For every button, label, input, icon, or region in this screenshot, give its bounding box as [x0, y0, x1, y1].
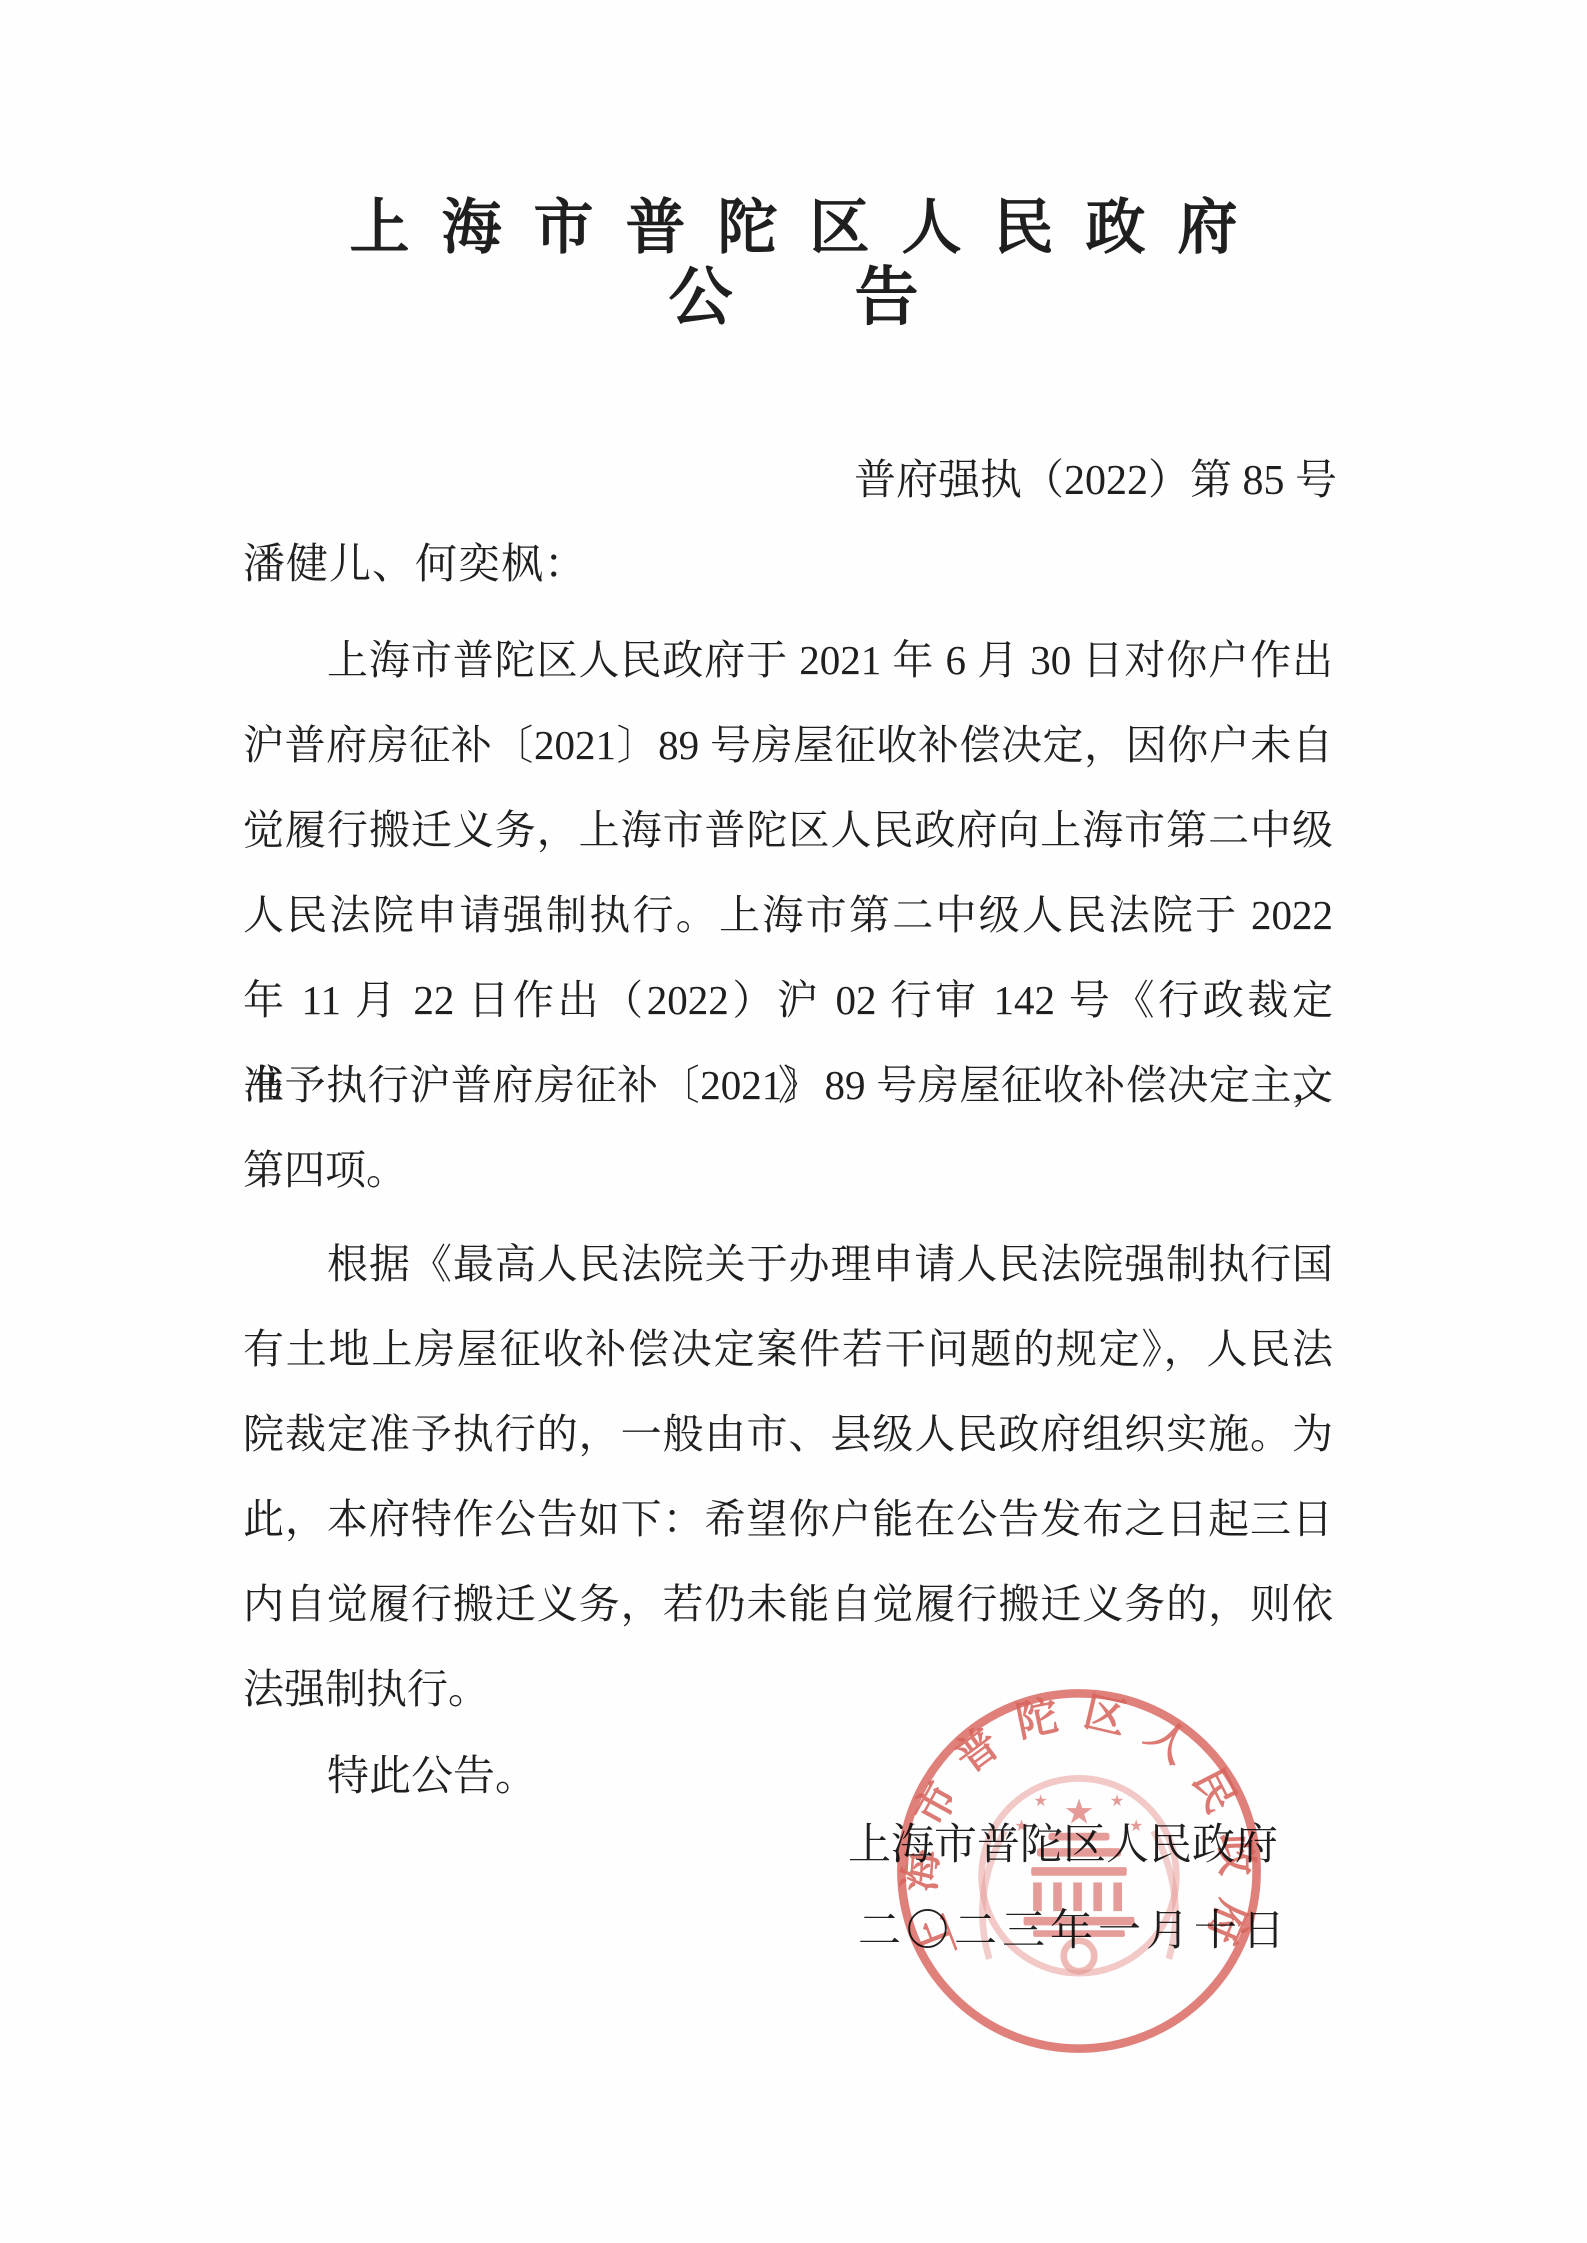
body-line: 年 11 月 22 日作出（2022）沪 02 行审 142 号《行政裁定书》， — [243, 958, 1333, 1043]
body-line: 准予执行沪普府房征补〔2021〕89 号房屋征收补偿决定主文 — [243, 1043, 1333, 1128]
body-line: 内自觉履行搬迁义务，若仍未能自觉履行搬迁义务的，则依 — [243, 1562, 1333, 1647]
official-seal-graphic: 上海市普陀区人民政府 ★ ★ ★ ★ ★ — [888, 1680, 1270, 2062]
body-line: 觉履行搬迁义务，上海市普陀区人民政府向上海市第二中级 — [243, 788, 1333, 873]
seal-outer-ring — [901, 1693, 1256, 2048]
addressee: 潘健儿、何奕枫： — [243, 544, 587, 586]
gate-column — [1093, 1882, 1102, 1911]
page-title: 上海市普陀区人民政府 — [0, 198, 1587, 258]
body-line: 法强制执行。 — [243, 1647, 1333, 1732]
issuer-signature: 上海市普陀区人民政府 — [848, 1824, 1278, 1867]
closing-line: 特此公告。 — [243, 1756, 537, 1798]
body-line: 有土地上房屋征收补偿决定案件若干问题的规定》，人民法 — [243, 1307, 1333, 1392]
gate-column — [1073, 1882, 1082, 1911]
body-line: 第四项。 — [243, 1128, 1333, 1213]
body-line: 院裁定准予执行的，一般由市、县级人民政府组织实施。为 — [243, 1392, 1333, 1477]
body-line: 人民法院申请强制执行。上海市第二中级人民法院于 2022 — [243, 873, 1333, 958]
gate-column — [1113, 1882, 1122, 1911]
gate-column — [1033, 1882, 1042, 1911]
body-line: 此，本府特作公告如下：希望你户能在公告发布之日起三日 — [243, 1477, 1333, 1562]
paragraph-1: 上海市普陀区人民政府于 2021 年 6 月 30 日对你户作出 沪普府房征补〔… — [243, 618, 1333, 1213]
gate-column — [1053, 1882, 1062, 1911]
issue-date: 二〇二三年一月十日 — [858, 1910, 1290, 1953]
body-line: 根据《最高人民法院关于办理申请人民法院强制执行国 — [243, 1222, 1333, 1307]
official-seal: 上海市普陀区人民政府 ★ ★ ★ ★ ★ — [888, 1680, 1270, 2062]
paragraph-2: 根据《最高人民法院关于办理申请人民法院强制执行国 有土地上房屋征收补偿决定案件若… — [243, 1222, 1333, 1732]
star-icon: ★ — [1110, 1792, 1125, 1810]
announcement-heading: 公告 — [0, 266, 1587, 330]
document-page: 上海市普陀区人民政府 公告 普府强执（2022）第 85 号 潘健儿、何奕枫： … — [0, 0, 1587, 2243]
body-line: 上海市普陀区人民政府于 2021 年 6 月 30 日对你户作出 — [243, 618, 1333, 703]
doc-number: 普府强执（2022）第 85 号 — [854, 460, 1337, 502]
body-line: 沪普府房征补〔2021〕89 号房屋征收补偿决定，因你户未自 — [243, 703, 1333, 788]
star-icon: ★ — [1034, 1792, 1049, 1810]
